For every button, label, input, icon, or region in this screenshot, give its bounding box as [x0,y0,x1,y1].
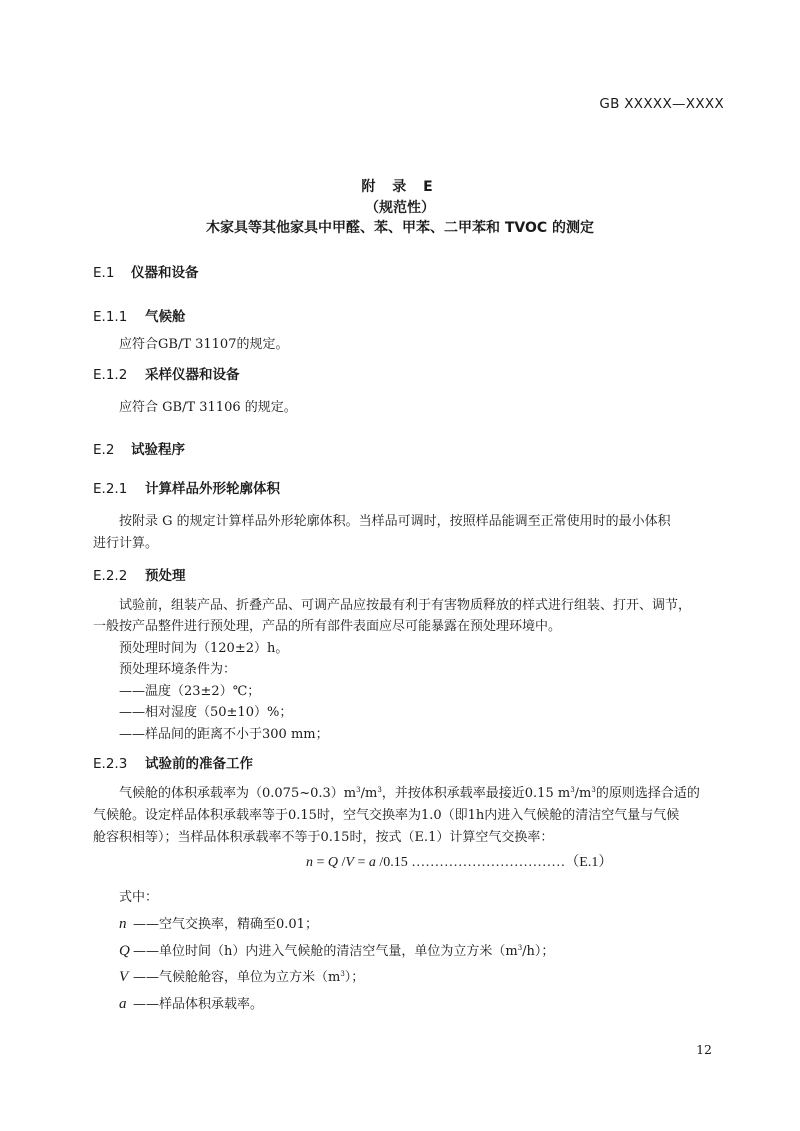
leader-dots: …………………………… [411,855,565,870]
formula-op: = [313,855,328,870]
formula-e1: n = Q /V = a /0.15 ……………………………（E.1） [306,851,612,871]
list-item: ——相对湿度（50±10）%； [119,701,292,720]
list-item: ——温度（23±2）℃； [119,680,260,699]
variable-desc: ——空气交换率，精确至0.01； [133,917,318,932]
section-number: E.1 [93,265,131,281]
section-title: 预处理 [145,568,186,584]
paragraph-line: 舱容积相等）；当样品体积承载率不等于0.15时，按式（E.1）计算空气交换率： [93,826,553,845]
document-page: GB XXXXX—XXXX 附 录 E （规范性） 木家具等其他家具中甲醛、苯、… [0,0,800,1131]
formula-label: （E.1） [565,855,612,870]
list-item: ——样品间的距离不小于300 mm； [119,723,329,742]
variable-symbol: Q [119,943,133,960]
section-heading-e1-2: E.1.2采样仪器和设备 [93,363,240,383]
section-title: 试验程序 [131,442,185,458]
variable-definition: n——空气交换率，精确至0.01； [119,913,318,933]
text: /m [361,786,378,801]
section-title: 试验前的准备工作 [145,756,253,772]
variable-desc: ——样品体积承载率。 [133,997,263,1012]
section-number: E.2 [93,442,131,458]
section-heading-e2-2: E.2.2预处理 [93,564,186,584]
where-intro: 式中： [119,886,158,905]
section-number: E.1.2 [93,367,145,383]
formula-op: /0.15 [376,855,411,870]
section-title: 仪器和设备 [131,265,199,281]
paragraph: 应符合GB/T 31107的规定。 [119,333,288,352]
variable-symbol: n [119,916,133,933]
formula-op: = [354,855,369,870]
page-number: 12 [696,1042,712,1057]
variable-symbol: a [119,996,133,1013]
formula-var: a [369,855,376,870]
section-number: E.2.2 [93,568,145,584]
section-number: E.2.3 [93,756,145,772]
text: 的原则选择合适的 [596,786,700,801]
paragraph-line: 气候舱的体积承载率为（0.075~0.3）m3/m3，并按体积承载率最接近0.1… [119,782,700,801]
paragraph-line: 一般按产品整件进行预处理，产品的所有部件表面应尽可能暴露在预处理环境中。 [93,615,561,634]
section-title: 采样仪器和设备 [145,367,240,383]
appendix-title: 附 录 E [0,176,800,196]
variable-definition: Q——单位时间（h）内进入气候舱的清洁空气量，单位为立方米（m3/h）； [119,940,554,960]
text: 气候舱的体积承载率为（0.075~0.3）m [119,786,356,801]
section-heading-e1: E.1仪器和设备 [93,261,199,281]
formula-var: n [306,855,313,870]
variable-desc: ）； [345,970,365,985]
variable-definition: a——样品体积承载率。 [119,993,263,1013]
paragraph-line: 进行计算。 [93,532,158,551]
paragraph-line: 气候舱。设定样品体积承载率等于0.15时，空气交换率为1.0（即1h内进入气候舱… [93,804,679,823]
variable-definition: V——气候舱舱容，单位为立方米（m3）； [119,966,364,986]
paragraph: 预处理环境条件为： [119,658,236,677]
standard-code: GB XXXXX—XXXX [599,96,724,112]
formula-var: V [345,855,354,870]
variable-desc: ——气候舱舱容，单位为立方米（m [133,970,340,985]
text: ，并按体积承载率最接近0.15 m [382,786,570,801]
paragraph: 预处理时间为（120±2）h。 [119,637,288,656]
section-heading-e1-1: E.1.1气候舱 [93,305,186,325]
section-title: 计算样品外形轮廓体积 [145,481,280,497]
paragraph-line: 试验前，组装产品、折叠产品、可调产品应按最有利于有害物质释放的样式进行组装、打开… [119,594,691,613]
section-number: E.2.1 [93,481,145,497]
formula-var: Q [328,855,338,870]
section-title: 气候舱 [145,309,186,325]
section-heading-e2-3: E.2.3试验前的准备工作 [93,752,253,772]
appendix-nature: （规范性） [0,197,800,217]
section-number: E.1.1 [93,309,145,325]
appendix-name: 木家具等其他家具中甲醛、苯、甲苯、二甲苯和 TVOC 的测定 [0,217,800,237]
variable-desc: /h）； [522,944,554,959]
paragraph-line: 按附录 G 的规定计算样品外形轮廓体积。当样品可调时，按照样品能调至正常使用时的… [119,510,671,529]
text: /m [575,786,592,801]
section-heading-e2-1: E.2.1计算样品外形轮廓体积 [93,477,280,497]
section-heading-e2: E.2试验程序 [93,438,185,458]
variable-desc: ——单位时间（h）内进入气候舱的清洁空气量，单位为立方米（m [133,944,518,959]
paragraph: 应符合 GB/T 31106 的规定。 [119,396,297,415]
variable-symbol: V [119,969,133,986]
